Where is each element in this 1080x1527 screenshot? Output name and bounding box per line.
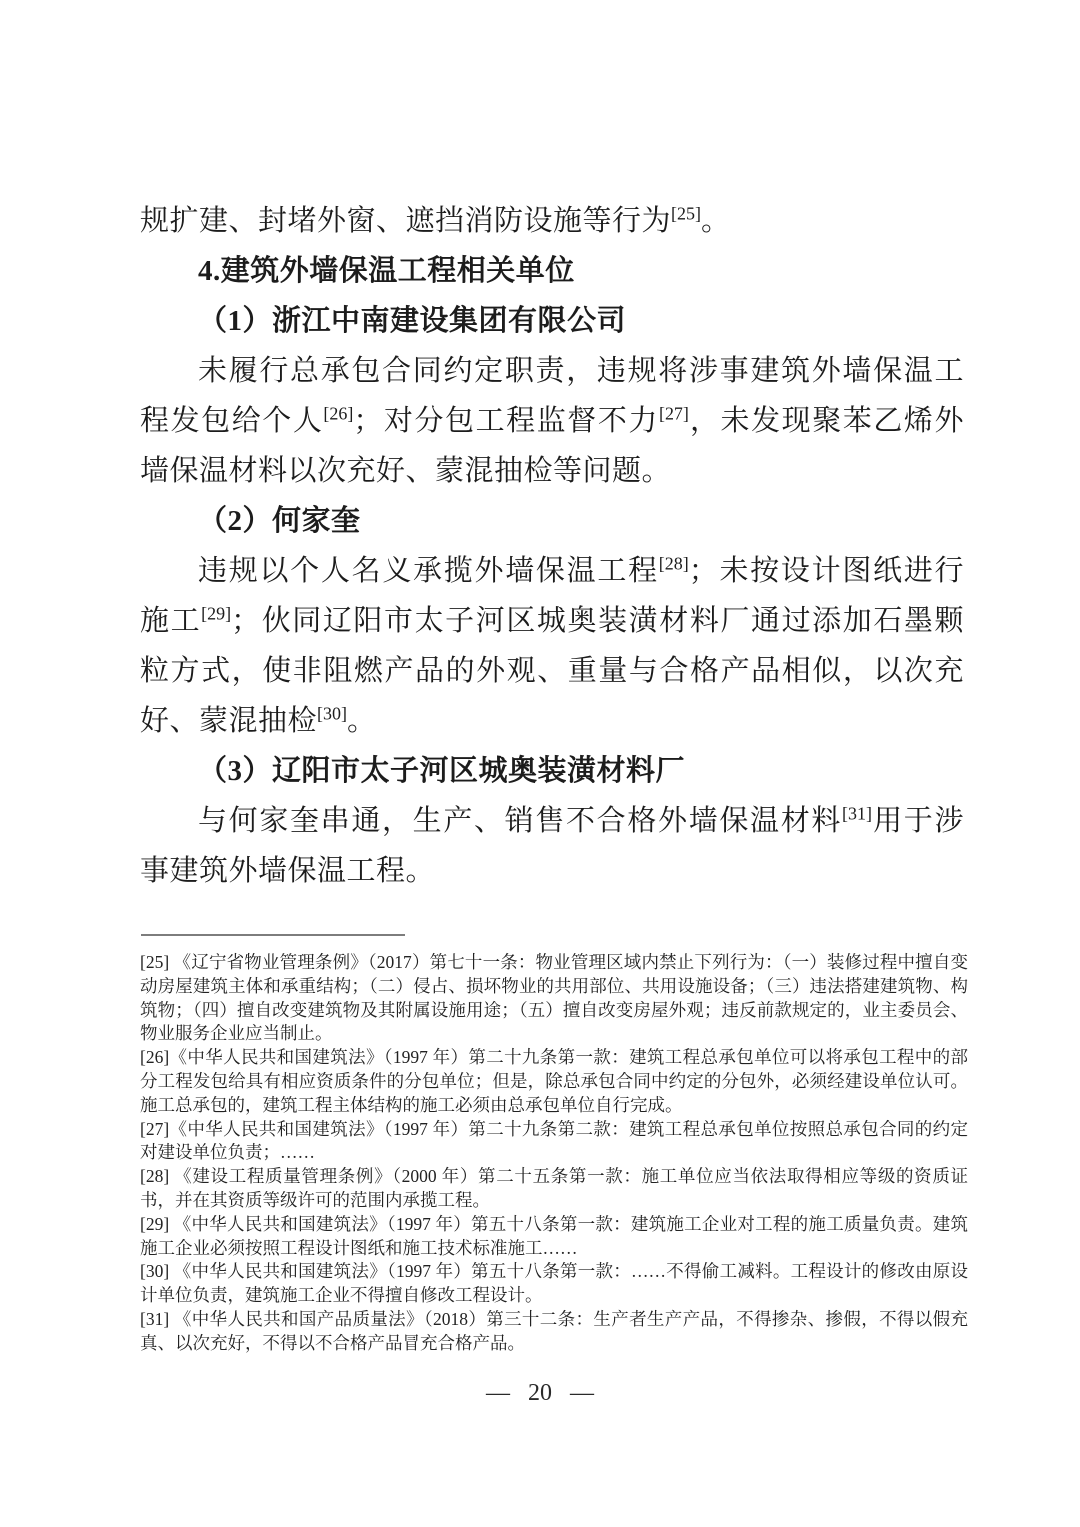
footnote-ref-29: [29] xyxy=(201,603,231,623)
footnote-text: 《建设工程质量管理条例》（2000 年）第二十五条第一款：施工单位应当依法取得相… xyxy=(140,1166,968,1210)
footnote-ref-31: [31] xyxy=(842,803,872,823)
section-4-heading: 4.建筑外墙保温工程相关单位 xyxy=(140,246,964,296)
footnote-30: [30] 《中华人民共和国建筑法》（1997 年）第五十八条第一款：……不得偷工… xyxy=(140,1260,968,1308)
document-body: 规扩建、封堵外窗、遮挡消防设施等行为[25]。 4.建筑外墙保温工程相关单位 （… xyxy=(140,196,964,896)
page-number: — 20 — xyxy=(0,1380,1080,1407)
subsection-2-paragraph: 违规以个人名义承揽外墙保温工程[28]；未按设计图纸进行施工[29]；伙同辽阳市… xyxy=(140,546,964,746)
sub3-text-1: 与何家奎串通，生产、销售不合格外墙保温材料 xyxy=(198,805,842,837)
sub2-text-1: 违规以个人名义承揽外墙保温工程 xyxy=(198,555,659,587)
footnote-ref-30: [30] xyxy=(317,703,347,723)
subsection-2-heading: （2）何家奎 xyxy=(140,496,964,546)
footnote-29: [29] 《中华人民共和国建筑法》（1997 年）第五十八条第一款：建筑施工企业… xyxy=(140,1213,968,1261)
footnote-25: [25] 《辽宁省物业管理条例》（2017）第七十一条：物业管理区域内禁止下列行… xyxy=(140,951,968,1046)
sub1-text-2: ；对分包工程监督不力 xyxy=(353,405,659,437)
continuation-paragraph: 规扩建、封堵外窗、遮挡消防设施等行为[25]。 xyxy=(140,196,964,246)
footnote-text: 《辽宁省物业管理条例》（2017）第七十一条：物业管理区域内禁止下列行为：（一）… xyxy=(140,952,968,1043)
footnote-ref-26: [26] xyxy=(323,403,353,423)
subsection-3-heading: （3）辽阳市太子河区城奥装潢材料厂 xyxy=(140,746,964,796)
footnote-31: [31] 《中华人民共和国产品质量法》（2018）第三十二条：生产者生产产品，不… xyxy=(140,1308,968,1356)
subsection-1-paragraph: 未履行总承包合同约定职责，违规将涉事建筑外墙保温工程发包给个人[26]；对分包工… xyxy=(140,346,964,496)
sub2-text-3: ；伙同辽阳市太子河区城奥装潢材料厂通过添加石墨颗粒方式，使非阻燃产品的外观、重量… xyxy=(140,605,964,737)
footnote-marker: [28] xyxy=(140,1166,169,1186)
footnote-26: [26]《中华人民共和国建筑法》（1997 年）第二十九条第一款：建筑工程总承包… xyxy=(140,1046,968,1117)
footnote-marker: [31] xyxy=(140,1309,169,1329)
footnote-ref-27: [27] xyxy=(659,403,689,423)
footnote-text: 《中华人民共和国建筑法》（1997 年）第五十八条第一款：……不得偷工减料。工程… xyxy=(140,1261,968,1305)
sub2-text-4: 。 xyxy=(347,705,377,737)
footnote-marker: [27] xyxy=(140,1119,169,1139)
footnote-text: 《中华人民共和国建筑法》（1997 年）第五十八条第一款：建筑施工企业对工程的施… xyxy=(140,1214,968,1258)
footnote-marker: [30] xyxy=(140,1261,169,1281)
continuation-text: 规扩建、封堵外窗、遮挡消防设施等行为 xyxy=(140,205,671,237)
footnote-marker: [26] xyxy=(140,1047,169,1067)
footnote-text: 《中华人民共和国建筑法》（1997 年）第二十九条第一款：建筑工程总承包单位可以… xyxy=(140,1047,968,1115)
footnote-ref-25: [25] xyxy=(671,203,701,223)
subsection-1-heading: （1）浙江中南建设集团有限公司 xyxy=(140,296,964,346)
continuation-tail: 。 xyxy=(701,205,731,237)
footnote-ref-28: [28] xyxy=(659,553,689,573)
footnote-text: 《中华人民共和国建筑法》（1997 年）第二十九条第二款：建筑工程总承包单位按照… xyxy=(140,1119,968,1163)
footnote-27: [27]《中华人民共和国建筑法》（1997 年）第二十九条第二款：建筑工程总承包… xyxy=(140,1118,968,1166)
subsection-3-paragraph: 与何家奎串通，生产、销售不合格外墙保温材料[31]用于涉事建筑外墙保温工程。 xyxy=(140,796,964,896)
footnotes-section: [25] 《辽宁省物业管理条例》（2017）第七十一条：物业管理区域内禁止下列行… xyxy=(140,951,968,1356)
footnote-marker: [25] xyxy=(140,952,169,972)
footnote-marker: [29] xyxy=(140,1214,169,1234)
footnote-28: [28] 《建设工程质量管理条例》（2000 年）第二十五条第一款：施工单位应当… xyxy=(140,1165,968,1213)
footnote-separator xyxy=(141,934,405,936)
document-page: 规扩建、封堵外窗、遮挡消防设施等行为[25]。 4.建筑外墙保温工程相关单位 （… xyxy=(0,0,1080,1527)
footnote-text: 《中华人民共和国产品质量法》（2018）第三十二条：生产者生产产品，不得掺杂、掺… xyxy=(140,1309,968,1353)
